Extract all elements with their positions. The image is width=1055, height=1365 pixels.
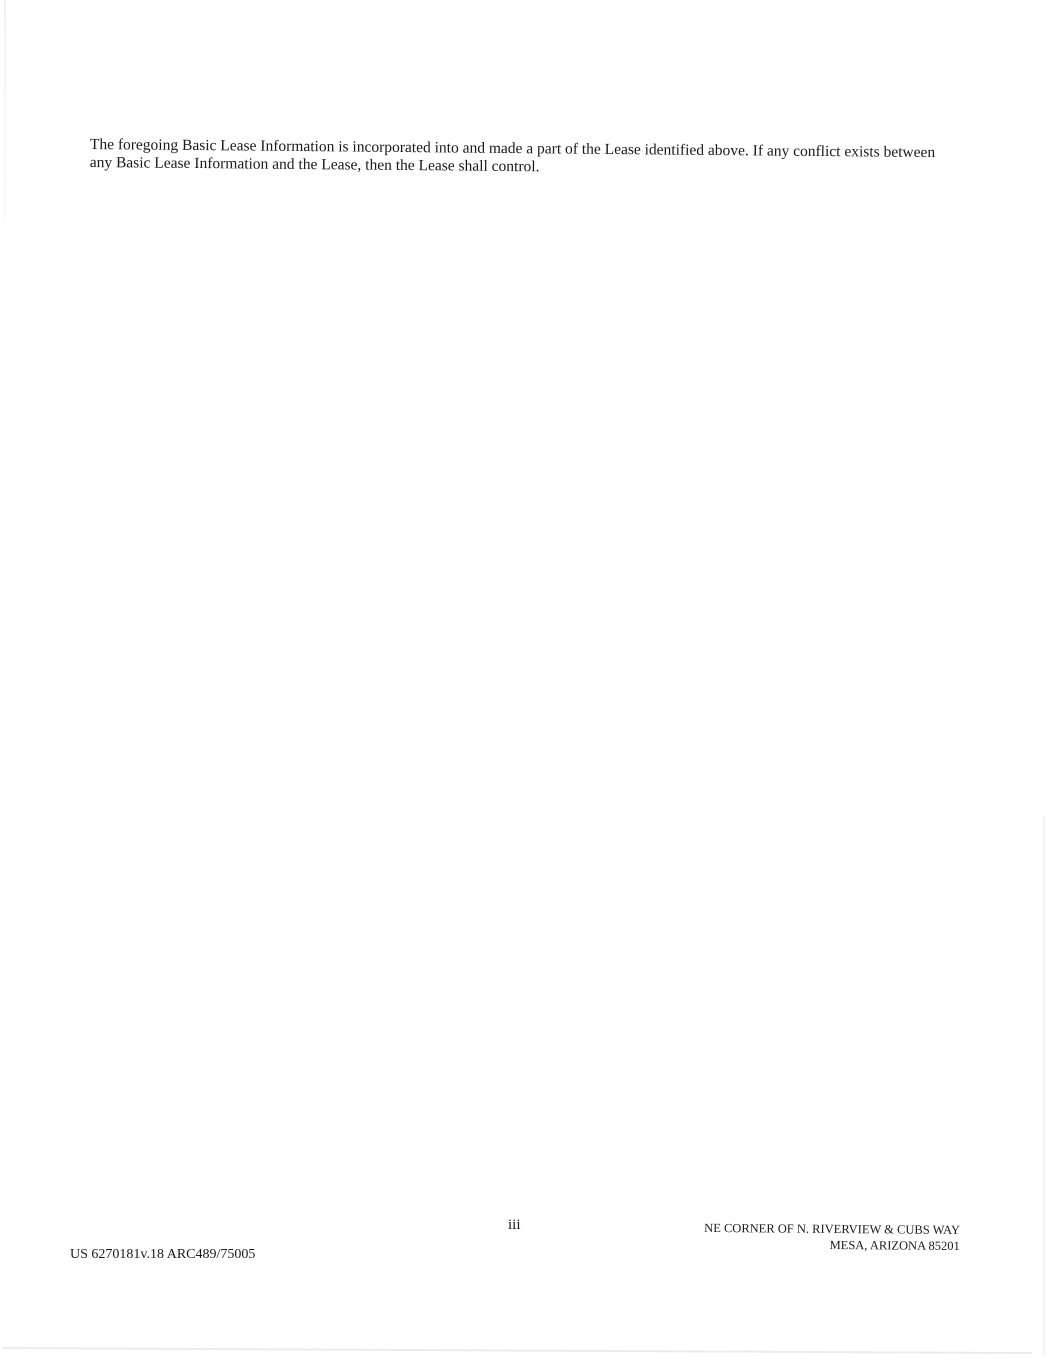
document-id: US 6270181v.18 ARC489/75005 (70, 1247, 255, 1263)
address-line-2: MESA, ARIZONA 85201 (680, 1236, 960, 1254)
body-paragraph: The foregoing Basic Lease Information is… (90, 136, 990, 181)
document-page: The foregoing Basic Lease Information is… (0, 0, 1055, 1365)
scan-edge-right (1043, 815, 1045, 1355)
address-line-1: NE CORNER OF N. RIVERVIEW & CUBS WAY (680, 1220, 960, 1238)
property-address: NE CORNER OF N. RIVERVIEW & CUBS WAY MES… (680, 1220, 960, 1254)
page-number: iii (508, 1217, 521, 1234)
scan-edge-left (4, 0, 6, 220)
scan-edge-bottom (2, 1347, 1032, 1354)
